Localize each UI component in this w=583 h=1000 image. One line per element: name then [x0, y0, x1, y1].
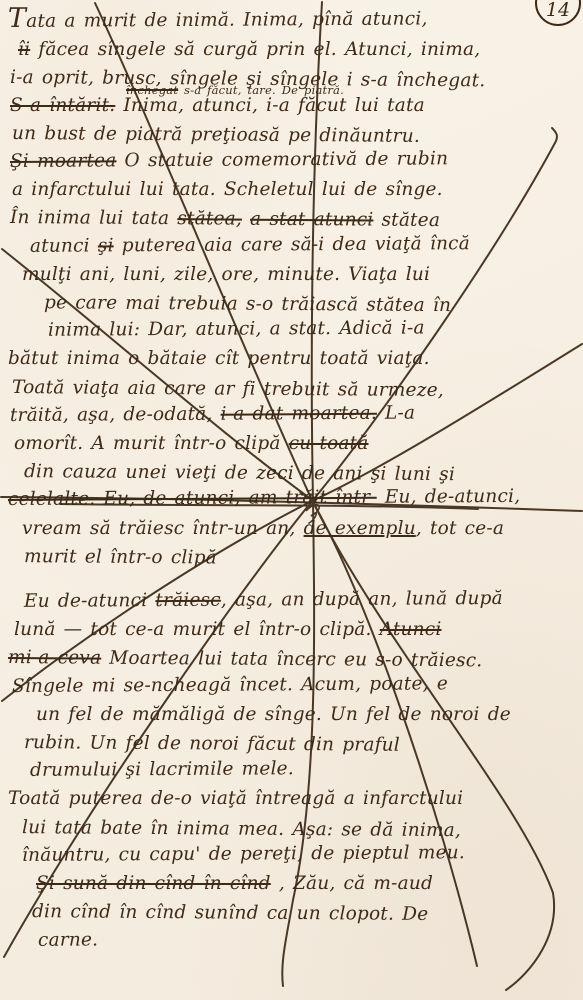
- struck-text: îi: [18, 39, 30, 60]
- handwritten-text: Toată viaţa aia care ar fi trebuit să ur…: [12, 377, 444, 401]
- struck-text: Şi moartea: [10, 150, 117, 172]
- page-number: 14: [546, 0, 570, 21]
- handwritten-text: Moartea lui tata încerc eu s-o trăiesc.: [101, 648, 482, 672]
- handwritten-text: Inima, atunci, i-a făcut lui tata: [115, 95, 425, 116]
- struck-text: şi: [98, 235, 114, 256]
- manuscript-line: trăită, aşa, de-odată, i-a dat moartea. …: [8, 398, 578, 430]
- handwritten-text: Eu de-atunci: [24, 590, 156, 612]
- struck-text: i-a dat moartea.: [221, 403, 377, 425]
- handwritten-text: Toată puterea de-o viaţă întreagă a infa…: [8, 788, 463, 809]
- handwritten-text: a infarctului lui tata. Scheletul lui de…: [12, 179, 443, 200]
- handwritten-text: pe care mai trebuia s-o trăiască stătea …: [44, 292, 451, 316]
- struck-text: S-a întărit.: [10, 95, 115, 116]
- handwritten-text: , aşa, an după an, lună după: [221, 588, 503, 611]
- manuscript-text: Tata a murit de inimă. Inima, pînă atunc…: [8, 5, 578, 955]
- handwritten-text: În inima lui tata: [10, 207, 177, 229]
- handwritten-text: L-a: [377, 402, 415, 423]
- handwritten-text: din cînd în cînd sunînd ca un clopot. De: [32, 901, 428, 925]
- handwritten-text: Sîngele mi se-ncheagă încet. Acum, poate…: [12, 673, 448, 697]
- manuscript-line: vream să trăiesc într-un an, de exemplu,…: [8, 515, 578, 543]
- handwritten-text: lui tata bate în inima mea. Aşa: se dă i…: [22, 817, 461, 841]
- manuscript-line: un fel de mămăligă de sînge. Un fel de n…: [8, 701, 578, 729]
- manuscript-line: îi făcea sîngele să curgă prin el. Atunc…: [8, 36, 578, 64]
- struck-text: stătea,: [177, 209, 242, 230]
- manuscript-line: Şi moartea O statuie comemorativă de rub…: [8, 145, 578, 177]
- handwritten-text: înăuntru, cu capu' de pereţi, de pieptul…: [22, 842, 465, 866]
- manuscript-line: atunci şi puterea aia care să-i dea viaţ…: [8, 229, 578, 261]
- underlined-text: de exemplu: [304, 518, 416, 539]
- manuscript-line: Sîngele mi se-ncheagă încet. Acum, poate…: [8, 669, 578, 701]
- handwritten-text: stătea: [373, 210, 440, 231]
- handwritten-text: Eu, de-atunci,: [377, 486, 521, 508]
- handwritten-text: i-a oprit, brusc, sîngele şi sîngele i s…: [10, 67, 485, 91]
- manuscript-line: S-a întărit. Inima, atunci, i-a făcut lu…: [8, 92, 578, 120]
- handwritten-text: Tata a murit de inimă. Inima, pînă atunc…: [8, 8, 428, 32]
- handwritten-text: bătut inima o bătaie cît pentru toată vi…: [8, 348, 430, 369]
- manuscript-line: i-a oprit, brusc, sîngele şi sîngele i s…: [8, 64, 578, 96]
- manuscript-line: Şi sună din cînd în cînd , Zău, că m-aud: [8, 870, 578, 898]
- struck-text: trăiesc: [155, 590, 221, 611]
- handwritten-text: puterea aia care să-i dea viaţă încă: [114, 233, 470, 256]
- handwritten-text: un bust de piatră preţioasă pe dinăuntru…: [12, 123, 420, 147]
- handwritten-text: drumului şi lacrimile mele.: [30, 759, 294, 782]
- manuscript-line: lună — tot ce-a murit el într-o clipă. A…: [8, 616, 578, 644]
- manuscript-line: omorît. A murit într-o clipă cu toată: [8, 430, 578, 458]
- handwritten-text: mulţi ani, luni, zile, ore, minute. Viaţ…: [22, 264, 430, 285]
- handwritten-text: din cauza unei vieţi de zeci de ani şi l…: [24, 461, 455, 485]
- handwritten-text: O statuie comemorativă de rubin: [116, 148, 448, 171]
- handwritten-text: omorît. A murit într-o clipă: [14, 433, 289, 454]
- manuscript-line: Eu de-atunci trăiesc, aşa, an după an, l…: [8, 585, 578, 617]
- handwritten-text: rubin. Un fel de noroi făcut din praful: [24, 732, 400, 756]
- manuscript-line: murit el într-o clipă: [8, 543, 578, 575]
- manuscript-line: celelalte. Eu, de atunci, am trăit într-…: [8, 483, 578, 515]
- manuscript-line: Tata a murit de inimă. Inima, pînă atunc…: [8, 2, 578, 37]
- manuscript-line: drumului şi lacrimile mele.: [8, 754, 578, 786]
- handwritten-text: vream să trăiesc într-un an,: [22, 518, 304, 539]
- handwritten-text: trăită, aşa, de-odată,: [10, 404, 221, 426]
- struck-text: Şi sună din cînd în cînd: [36, 873, 271, 894]
- manuscript-line: înăuntru, cu capu' de pereţi, de pieptul…: [8, 838, 578, 870]
- handwritten-text: , tot ce-a: [416, 518, 504, 539]
- handwritten-text: făcea sîngele să curgă prin el. Atunci, …: [30, 39, 480, 60]
- struck-text: celelalte. Eu, de atunci, am trăit într-: [8, 487, 377, 510]
- struck-text: a stat atunci: [250, 209, 374, 231]
- handwritten-text: carne.: [38, 929, 98, 950]
- manuscript-line: carne.: [8, 923, 578, 955]
- handwritten-text: atunci: [30, 235, 98, 256]
- manuscript-line: a infarctului lui tata. Scheletul lui de…: [8, 176, 578, 204]
- handwritten-text: inima lui: Dar, atunci, a stat. Adică i-…: [48, 318, 425, 341]
- handwritten-text: lună — tot ce-a murit el într-o clipă.: [14, 619, 380, 640]
- manuscript-page: Tata a murit de inimă. Inima, pînă atunc…: [0, 0, 583, 1000]
- manuscript-line: inima lui: Dar, atunci, a stat. Adică i-…: [8, 314, 578, 346]
- handwritten-text: un fel de mămăligă de sînge. Un fel de n…: [36, 704, 511, 725]
- manuscript-line: bătut inima o bătaie cît pentru toată vi…: [8, 345, 578, 373]
- struck-text: mi-a ceva: [8, 647, 101, 669]
- struck-text: Atunci: [380, 619, 442, 640]
- handwritten-text: , Zău, că m-aud: [271, 873, 433, 894]
- handwritten-text: [242, 209, 250, 230]
- manuscript-line: mulţi ani, luni, zile, ore, minute. Viaţ…: [8, 261, 578, 289]
- struck-text: cu toată: [289, 433, 369, 454]
- handwritten-text: murit el într-o clipă: [24, 546, 217, 568]
- manuscript-line: Toată puterea de-o viaţă întreagă a infa…: [8, 785, 578, 813]
